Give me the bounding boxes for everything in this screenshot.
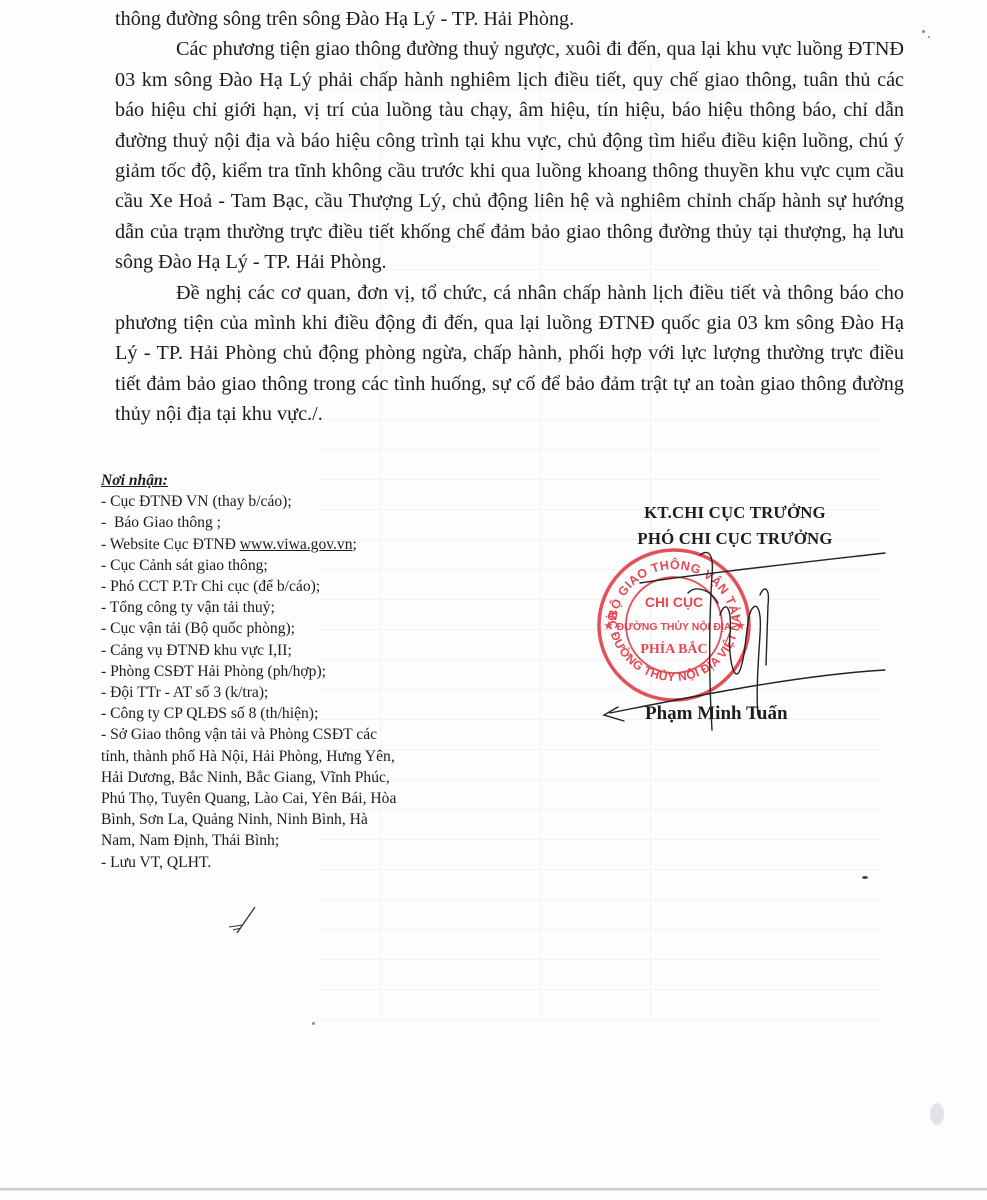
website-link[interactable]: www.viwa.gov.vn <box>240 536 353 553</box>
recipient-item: - Tổng công ty vận tải thuỷ; <box>101 597 421 618</box>
body-text: thông đường sông trên sông Đào Hạ Lý - T… <box>115 0 904 430</box>
speck <box>862 876 868 879</box>
paragraph-request: Đề nghị các cơ quan, đơn vị, tổ chức, cá… <box>115 278 904 430</box>
page-bottom-edge <box>0 1188 987 1191</box>
recipient-item: - Lưu VT, QLHT. <box>101 852 421 873</box>
recipient-item: - Cảng vụ ĐTNĐ khu vực I,II; <box>101 640 421 661</box>
initial-mark <box>225 905 265 935</box>
recipient-item: - Đội TTr - AT số 3 (k/tra); <box>101 682 421 703</box>
recipients-list: Nơi nhận: - Cục ĐTNĐ VN (thay b/cáo); - … <box>101 470 421 873</box>
recipient-item: - Báo Giao thông ; <box>101 512 421 533</box>
recipient-item: - Cục ĐTNĐ VN (thay b/cáo); <box>101 491 421 512</box>
recipient-item-suffix: ; <box>353 536 357 553</box>
speck <box>928 36 930 38</box>
document-page: thông đường sông trên sông Đào Hạ Lý - T… <box>0 0 987 1200</box>
recipient-item: - Công ty CP QLĐS số 8 (th/hiện); <box>101 703 421 724</box>
speck <box>930 1103 944 1125</box>
recipient-item: - Phó CCT P.Tr Chi cục (để b/cáo); <box>101 576 421 597</box>
signer-title-line1: KT.CHI CỤC TRƯỞNG <box>600 500 870 526</box>
speck <box>922 30 925 33</box>
paragraph-continuation: thông đường sông trên sông Đào Hạ Lý - T… <box>115 4 904 34</box>
signer-name: Phạm Minh Tuấn <box>645 703 788 725</box>
recipient-item: - Sở Giao thông vận tải và Phòng CSĐT cá… <box>101 724 401 851</box>
recipient-item-website: - Website Cục ĐTNĐ www.viwa.gov.vn; <box>101 534 421 555</box>
recipient-item: - Phòng CSĐT Hải Phòng (ph/hợp); <box>101 661 421 682</box>
paragraph-traffic-rules: Các phương tiện giao thông đường thuỷ ng… <box>115 34 904 277</box>
recipients-heading: Nơi nhận: <box>101 470 421 491</box>
recipient-item: - Cục Cảnh sát giao thông; <box>101 555 421 576</box>
recipient-item: - Cục vận tải (Bộ quốc phòng); <box>101 618 421 639</box>
speck <box>312 1022 315 1025</box>
recipient-item-text: - Website Cục ĐTNĐ <box>101 536 240 553</box>
